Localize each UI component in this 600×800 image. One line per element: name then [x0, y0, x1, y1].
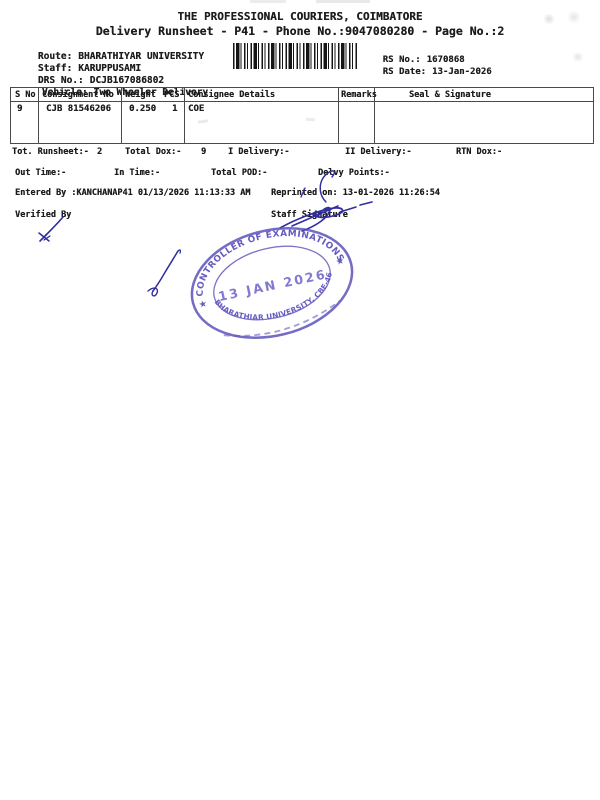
- barcode-image: [233, 43, 357, 69]
- rtn-dox-label: RTN Dox:-: [456, 148, 502, 158]
- university-date-stamp: CONTROLLER OF EXAMINATIONS BHARATHIAR UN…: [176, 208, 368, 358]
- table-header-divider: [11, 101, 593, 102]
- cell-sno: 9: [17, 104, 22, 114]
- col-header-weight: Weight: [125, 90, 156, 100]
- cell-consignment: CJB 81546206: [46, 104, 111, 114]
- table-divider: [338, 88, 339, 143]
- col-header-seal: Seal & Signature: [409, 90, 491, 100]
- total-pod-label: Total POD:-: [211, 169, 267, 179]
- col-header-consignment: Consignment No: [42, 90, 114, 100]
- i-delivery-label: I Delivery:-: [228, 148, 289, 158]
- col-header-remarks: Remarks: [341, 90, 377, 100]
- out-time-label: Out Time:-: [15, 169, 66, 179]
- verified-tick-mark: [32, 214, 72, 244]
- table-divider: [38, 88, 39, 143]
- tot-runsheet-value: 2: [97, 148, 102, 158]
- rs-date-value: 13-Jan-2026: [432, 67, 492, 77]
- entered-by-text: Entered By :KANCHANAP41 01/13/2026 11:13…: [15, 189, 250, 199]
- handwritten-loop-mark: [142, 248, 182, 298]
- table-divider: [121, 88, 122, 143]
- scan-artifact: [250, 0, 370, 3]
- rs-date-line: RS Date:13-Jan-2026: [361, 57, 492, 88]
- col-header-consignee: Consignee Details: [188, 90, 275, 100]
- in-time-label: In Time:-: [114, 169, 160, 179]
- ii-delivery-label: II Delivery:-: [345, 148, 412, 158]
- document-page: THE PROFESSIONAL COURIERS, COIMBATORE De…: [0, 0, 600, 800]
- cell-weight: 0.250: [129, 104, 156, 114]
- total-dox-label: Total Dox:-: [125, 148, 181, 158]
- rs-date-label: RS Date:: [383, 67, 426, 77]
- star-icon: ★: [198, 298, 209, 311]
- total-dox-value: 9: [201, 148, 206, 158]
- tot-runsheet-label: Tot. Runsheet:-: [12, 148, 89, 158]
- scan-artifact: [571, 53, 585, 61]
- page-title: THE PROFESSIONAL COURIERS, COIMBATORE: [0, 11, 600, 24]
- page-subtitle: Delivery Runsheet - P41 - Phone No.:9047…: [0, 25, 600, 38]
- cell-pcs: 1: [172, 104, 177, 114]
- col-header-pcs: PCS: [164, 90, 179, 100]
- table-divider: [184, 88, 185, 143]
- consignment-table: S No Consignment No Weight PCS Consignee…: [10, 87, 594, 144]
- cell-consignee: COE: [188, 104, 204, 114]
- col-header-sno: S No: [15, 90, 35, 100]
